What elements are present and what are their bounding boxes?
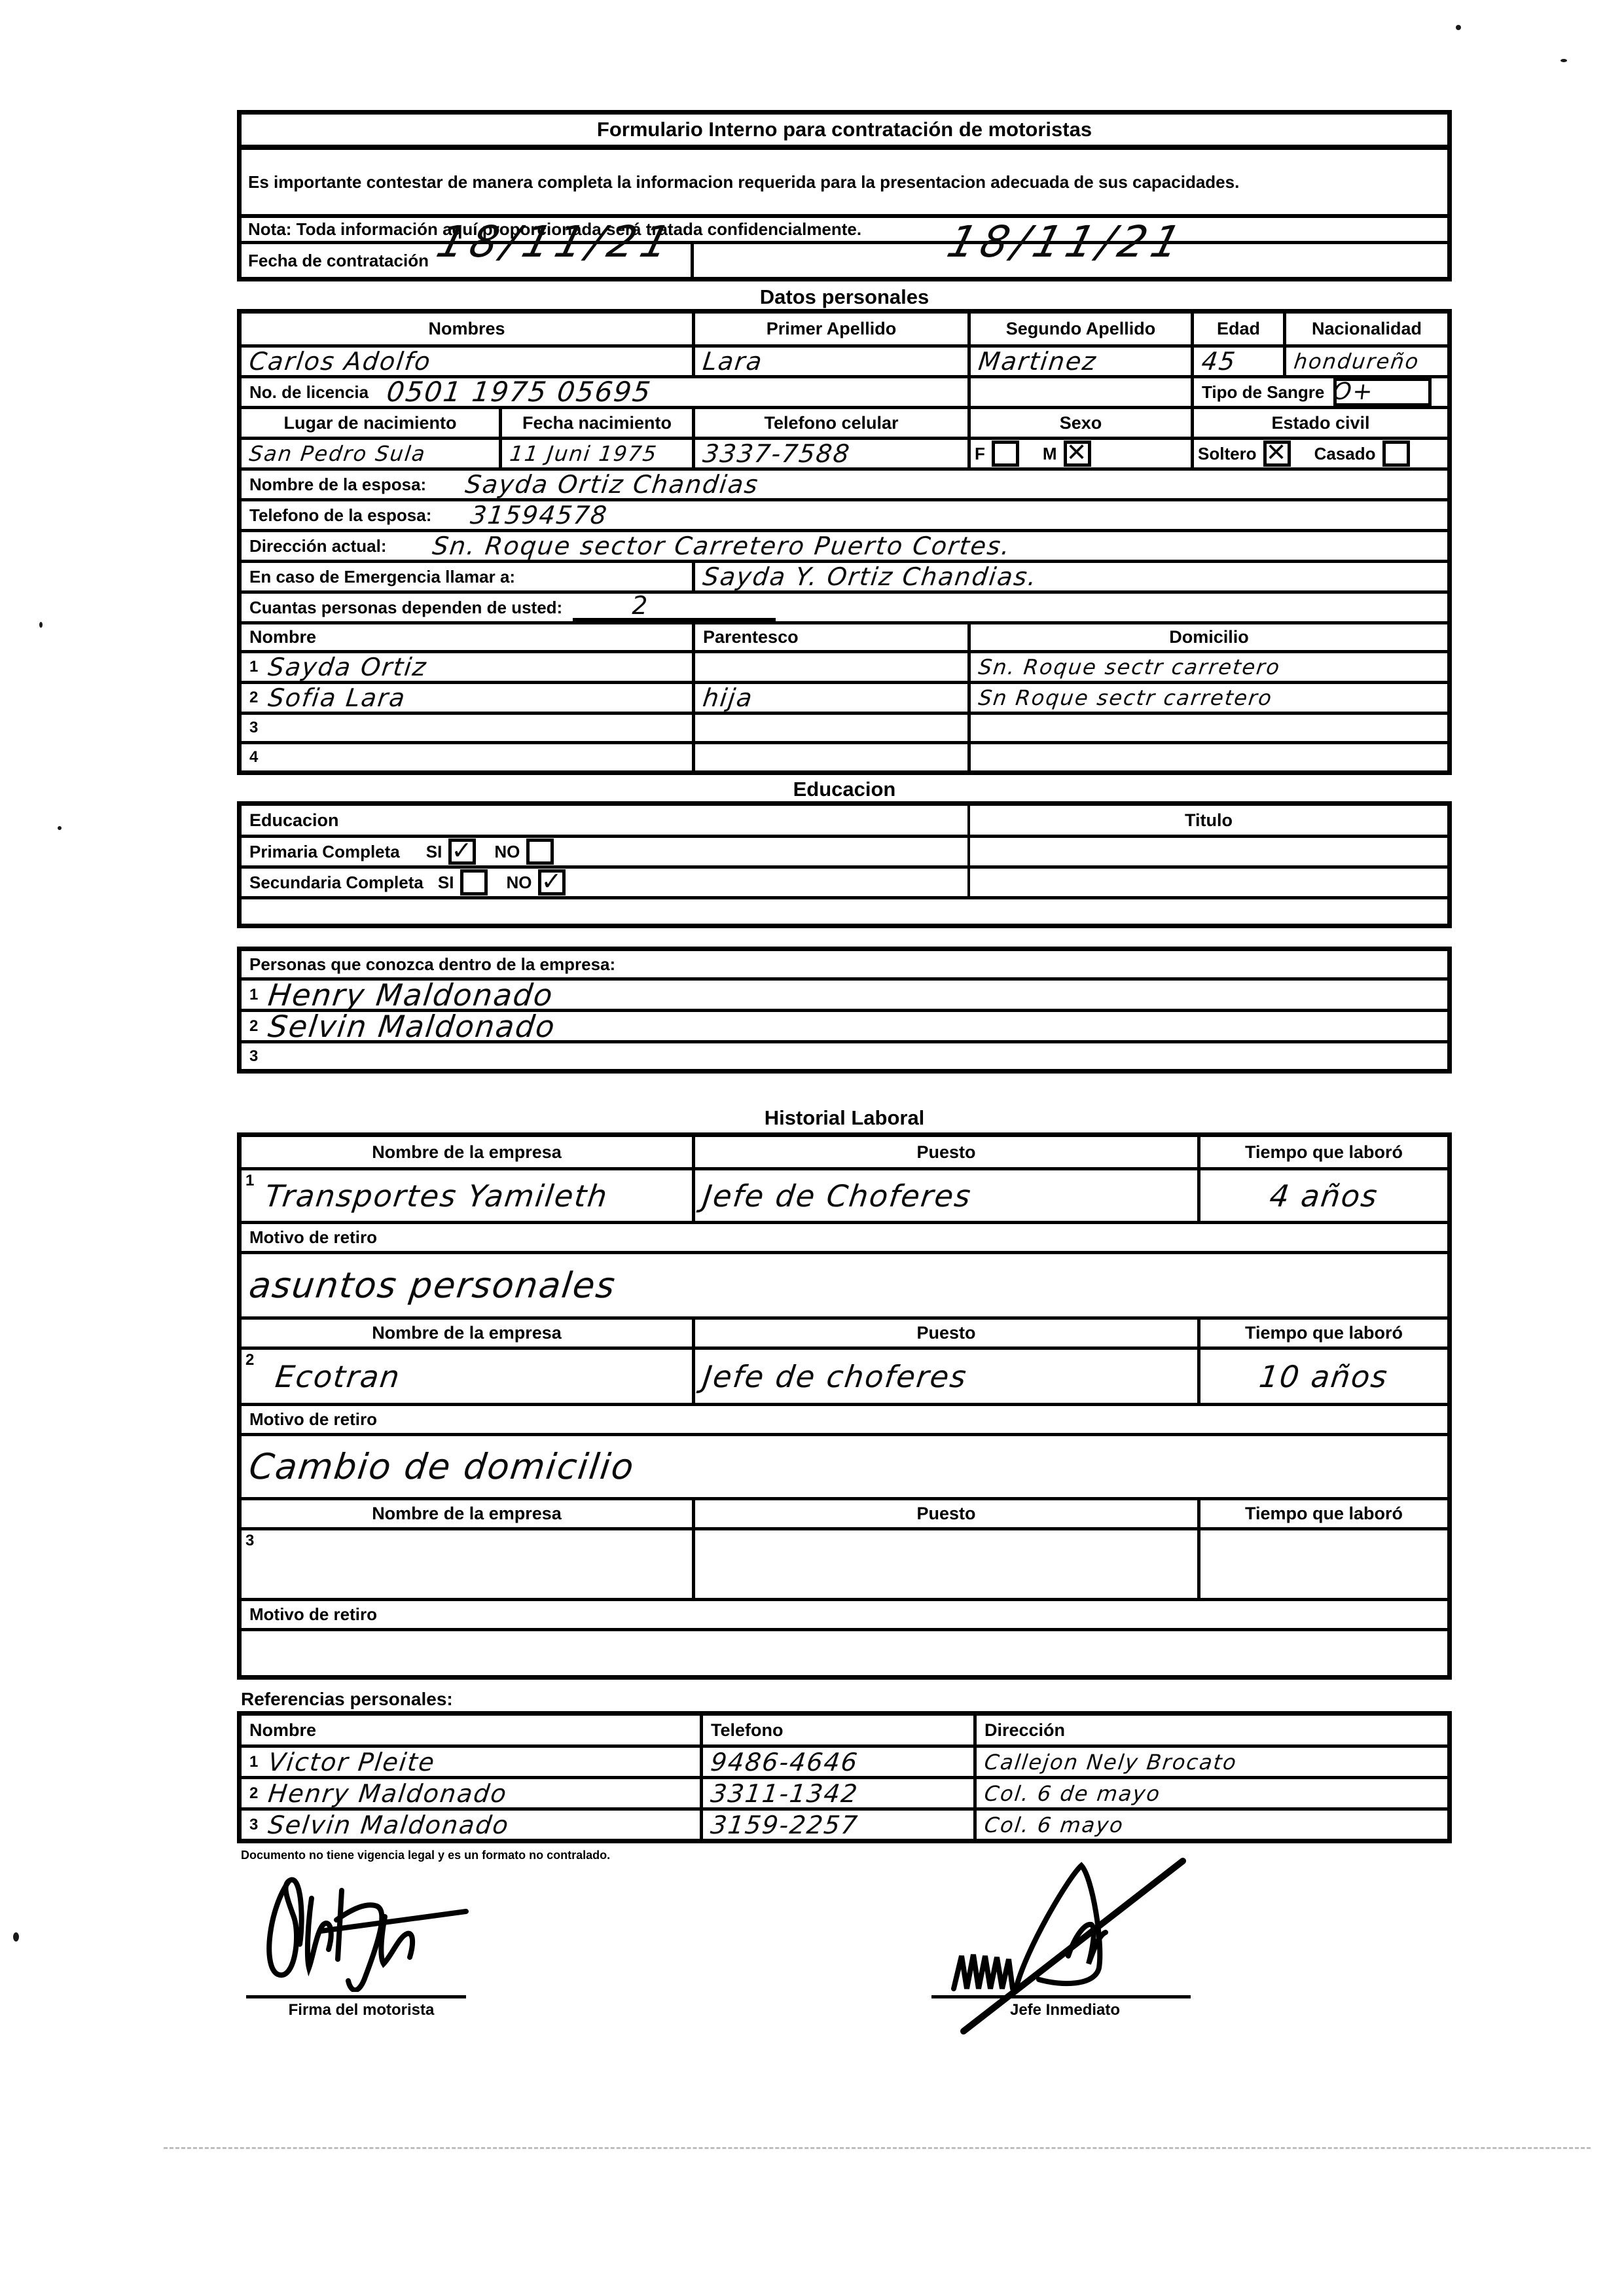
intro-text: Es importante contestar de manera comple… <box>242 150 1447 218</box>
dependiente-parentesco: hija <box>702 685 755 710</box>
col-tiempo: Tiempo que laboró <box>1197 1320 1447 1346</box>
dependiente-nombre: Sayda Ortiz <box>267 655 429 679</box>
esposa-label: Nombre de la esposa: <box>249 475 426 495</box>
col-puesto: Puesto <box>692 1500 1197 1527</box>
primaria-si-checkbox: ✓ <box>448 839 476 865</box>
casado-label: Casado <box>1314 444 1376 464</box>
direccion-actual-label: Dirección actual: <box>249 536 387 556</box>
sexo-cell: F M ✕ <box>967 440 1191 467</box>
col-empresa: Nombre de la empresa <box>242 1320 692 1346</box>
row-number: 1 <box>245 1172 254 1190</box>
secundaria-no-mark: ✓ <box>541 869 564 894</box>
row-number: 1 <box>249 658 258 676</box>
tiempo-value: 10 años <box>1257 1362 1390 1392</box>
dependiente-nombre: Sofia Lara <box>267 685 408 710</box>
nacionalidad-value: hondureño <box>1293 351 1420 372</box>
col-referencia-telefono: Telefono <box>700 1716 973 1744</box>
dependen-row: Cuantas personas dependen de usted: 2 <box>242 590 1447 621</box>
personas-empresa-box: Personas que conozca dentro de la empres… <box>237 947 1452 1074</box>
sexo-m-mark: ✕ <box>1066 440 1089 465</box>
educacion-table: Educacion Titulo Primaria Completa SI ✓ … <box>237 801 1452 928</box>
hiring-date-value-2: 18/11/21 <box>943 221 1190 264</box>
motivo-label-row: Motivo de retiro <box>242 1403 1447 1433</box>
motorista-signature-block: Firma del motorista <box>244 1858 479 2019</box>
sexo-f-label: F <box>975 444 985 464</box>
row-number: 2 <box>245 1351 254 1369</box>
header-box: Formulario Interno para contratación de … <box>237 110 1452 281</box>
col-referencia-nombre: Nombre <box>242 1716 700 1744</box>
motivo-label-row: Motivo de retiro <box>242 1221 1447 1251</box>
scan-artifact-dot <box>1561 59 1567 62</box>
datos-personales-table: Nombres Primer Apellido Segundo Apellido… <box>237 309 1452 775</box>
sexo-f-checkbox <box>992 441 1019 467</box>
motivo-retiro-label: Motivo de retiro <box>249 1604 377 1625</box>
col-nacionalidad: Nacionalidad <box>1283 314 1447 344</box>
divider <box>691 244 694 277</box>
nota-text: Nota: Toda información aquí proporcionad… <box>242 218 1447 244</box>
table-row: San Pedro Sula 11 Juni 1975 3337-7588 F … <box>242 437 1447 467</box>
primaria-no-label: NO <box>494 842 520 862</box>
table-header-row: Nombre de la empresa Puesto Tiempo que l… <box>242 1316 1447 1346</box>
row-number: 2 <box>249 1784 258 1803</box>
table-header-row: Nombre de la empresa Puesto Tiempo que l… <box>242 1137 1447 1167</box>
secundaria-no-label: NO <box>506 873 532 893</box>
referencia-telefono: 3159-2257 <box>710 1813 860 1837</box>
col-domicilio: Domicilio <box>967 624 1447 650</box>
referencia-nombre: Selvin Maldonado <box>267 1813 511 1837</box>
col-empresa: Nombre de la empresa <box>242 1500 692 1527</box>
jefe-signature-block: Jefe Inmediato <box>928 1858 1202 2019</box>
dependientes-header-row: Nombre Parentesco Domicilio <box>242 621 1447 650</box>
tipo-sangre-box: O+ <box>1333 378 1432 407</box>
historial-table: Nombre de la empresa Puesto Tiempo que l… <box>237 1132 1452 1680</box>
licencia-value: 0501 1975 05695 <box>385 378 653 406</box>
motivo-value: Cambio de domicilio <box>247 1449 637 1485</box>
motivo-value-row: asuntos personales <box>242 1251 1447 1316</box>
page-bottom-dashed-line <box>164 2147 1591 2149</box>
tiempo-value: 4 años <box>1268 1181 1380 1211</box>
row-number: 2 <box>249 1017 258 1036</box>
puesto-value: Jefe de choferes <box>701 1362 969 1392</box>
licencia-label: No. de licencia <box>249 382 369 403</box>
referencia-row: 2Henry Maldonado 3311-1342 Col. 6 de may… <box>242 1776 1447 1807</box>
secundaria-row: Secundaria Completa SI NO ✓ <box>242 865 1447 896</box>
col-dependiente-nombre: Nombre <box>242 624 692 650</box>
col-titulo: Titulo <box>967 806 1447 835</box>
referencias-label: Referencias personales: <box>241 1689 1452 1711</box>
persona-row: 2Selvin Maldonado <box>242 1009 1447 1040</box>
fecha-nacimiento-value: 11 Juni 1975 <box>509 443 659 464</box>
soltero-mark: ✕ <box>1266 440 1288 465</box>
referencia-direccion: Col. 6 mayo <box>983 1815 1125 1835</box>
edad-value: 45 <box>1200 349 1238 374</box>
row-number: 2 <box>249 689 258 707</box>
form-title: Formulario Interno para contratación de … <box>242 115 1447 150</box>
dependiente-row: 2Sofia Lara hija Sn Roque sectr carreter… <box>242 681 1447 712</box>
persona-nombre: Henry Maldonado <box>267 980 556 1010</box>
row-number: 3 <box>249 1816 258 1834</box>
secundaria-label: Secundaria Completa <box>249 873 424 893</box>
scan-artifact-dot <box>58 826 62 830</box>
referencia-telefono: 9486-4646 <box>710 1750 860 1775</box>
jefe-signature-image <box>928 1858 1202 1992</box>
referencia-row: 1Victor Pleite 9486-4646 Callejon Nely B… <box>242 1744 1447 1776</box>
direccion-actual-value: Sn. Roque sector Carretero Puerto Cortes… <box>431 533 1012 558</box>
referencia-row: 3Selvin Maldonado 3159-2257 Col. 6 mayo <box>242 1807 1447 1839</box>
hiring-date-label: Fecha de contratación <box>248 251 429 271</box>
persona-nombre: Selvin Maldonado <box>267 1011 558 1041</box>
scan-artifact-dot <box>1456 25 1461 30</box>
col-lugar-nacimiento: Lugar de nacimiento <box>242 409 499 437</box>
referencia-direccion: Col. 6 de mayo <box>983 1783 1162 1804</box>
empty-row <box>242 896 1447 924</box>
historial-row: 1Transportes Yamileth Jefe de Choferes 4… <box>242 1167 1447 1221</box>
signatures-area: Firma del motorista Jefe Inmediato <box>237 1858 1452 2067</box>
col-empresa: Nombre de la empresa <box>242 1137 692 1167</box>
col-parentesco: Parentesco <box>692 624 967 650</box>
personas-empresa-label: Personas que conozca dentro de la empres… <box>249 954 615 975</box>
persona-row: 3 <box>242 1040 1447 1069</box>
col-puesto: Puesto <box>692 1320 1197 1346</box>
section-title-datos-personales: Datos personales <box>237 285 1452 309</box>
esposa-value: Sayda Ortiz Chandias <box>464 472 761 497</box>
row-number: 1 <box>249 986 258 1004</box>
persona-row: 1Henry Maldonado <box>242 977 1447 1009</box>
motivo-label-row: Motivo de retiro <box>242 1598 1447 1628</box>
emergencia-label: En caso de Emergencia llamar a: <box>249 567 515 587</box>
row-number: 3 <box>249 1047 258 1066</box>
licencia-row: No. de licencia 0501 1975 05695 Tipo de … <box>242 375 1447 406</box>
scan-artifact-dot <box>13 1932 19 1942</box>
motivo-value: asuntos personales <box>247 1268 618 1303</box>
dependiente-row: 4 <box>242 741 1447 770</box>
telefono-celular-value: 3337-7588 <box>702 441 852 466</box>
referencia-nombre: Henry Maldonado <box>267 1781 509 1806</box>
historial-row: 3 <box>242 1527 1447 1598</box>
jefe-signature-line <box>931 1995 1191 1998</box>
motivo-value-row: Cambio de domicilio <box>242 1433 1447 1497</box>
table-header-row: Nombre de la empresa Puesto Tiempo que l… <box>242 1497 1447 1527</box>
section-title-historial: Historial Laboral <box>237 1106 1452 1132</box>
referencia-telefono: 3311-1342 <box>710 1781 860 1806</box>
telefono-esposa-label: Telefono de la esposa: <box>249 505 431 526</box>
col-referencia-direccion: Dirección <box>973 1716 1447 1744</box>
secundaria-no-checkbox: ✓ <box>538 869 566 895</box>
hiring-date-value-1: 18/11/21 <box>433 221 679 264</box>
dependiente-row: 1Sayda Ortiz Sn. Roque sectr carretero <box>242 650 1447 681</box>
telefono-esposa-value: 31594578 <box>469 503 609 528</box>
primer-apellido-value: Lara <box>702 349 765 374</box>
historial-row: 2Ecotran Jefe de choferes 10 años <box>242 1346 1447 1403</box>
col-primer-apellido: Primer Apellido <box>692 314 967 344</box>
puesto-value: Jefe de Choferes <box>701 1181 973 1211</box>
col-educacion: Educacion <box>242 806 967 835</box>
col-telefono-celular: Telefono celular <box>692 409 967 437</box>
telefono-esposa-row: Telefono de la esposa: 31594578 <box>242 498 1447 529</box>
soltero-label: Soltero <box>1198 444 1257 464</box>
hiring-date-row: Fecha de contratación 18/11/21 18/11/21 <box>242 244 1447 277</box>
titulo-cell <box>967 869 1447 896</box>
emergencia-row: En caso de Emergencia llamar a: Sayda Y.… <box>242 560 1447 590</box>
primaria-label: Primaria Completa <box>249 842 400 862</box>
col-sexo: Sexo <box>967 409 1191 437</box>
motorista-signature-line <box>246 1995 466 1998</box>
primaria-si-mark: ✓ <box>451 838 473 863</box>
row-number: 4 <box>249 748 258 767</box>
table-row: Carlos Adolfo Lara Martinez 45 hondureño <box>242 344 1447 375</box>
dependiente-domicilio: Sn. Roque sectr carretero <box>977 657 1282 678</box>
estado-civil-cell: Soltero ✕ Casado <box>1191 440 1447 467</box>
motivo-retiro-label: Motivo de retiro <box>249 1409 377 1430</box>
motorista-signature-image <box>244 1858 479 1992</box>
tipo-sangre-label: Tipo de Sangre <box>1202 382 1324 403</box>
col-tiempo: Tiempo que laboró <box>1197 1500 1447 1527</box>
segundo-apellido-value: Martinez <box>977 349 1098 374</box>
dependen-value: 2 <box>632 591 649 620</box>
table-header-row: Nombres Primer Apellido Segundo Apellido… <box>242 314 1447 344</box>
col-nombres: Nombres <box>242 314 692 344</box>
lugar-nacimiento-value: San Pedro Sula <box>248 443 427 464</box>
soltero-checkbox: ✕ <box>1263 441 1291 467</box>
row-number: 1 <box>249 1753 258 1771</box>
col-fecha-nacimiento: Fecha nacimiento <box>499 409 692 437</box>
table-header-row: Nombre Telefono Dirección <box>242 1716 1447 1744</box>
referencia-direccion: Callejon Nely Brocato <box>983 1752 1238 1773</box>
primaria-row: Primaria Completa SI ✓ NO <box>242 835 1447 865</box>
motorista-signature-label: Firma del motorista <box>244 2001 479 2019</box>
col-puesto: Puesto <box>692 1137 1197 1167</box>
sexo-m-checkbox: ✕ <box>1064 441 1091 467</box>
motivo-retiro-label: Motivo de retiro <box>249 1227 377 1248</box>
dependen-label: Cuantas personas dependen de usted: <box>249 598 562 618</box>
row-number: 3 <box>249 719 258 737</box>
referencias-table: Nombre Telefono Dirección 1Victor Pleite… <box>237 1711 1452 1843</box>
casado-checkbox <box>1382 441 1410 467</box>
motivo-value-row <box>242 1628 1447 1675</box>
titulo-cell <box>967 838 1447 865</box>
form-body: Formulario Interno para contratación de … <box>237 110 1452 1862</box>
esposa-row: Nombre de la esposa: Sayda Ortiz Chandia… <box>242 467 1447 498</box>
secundaria-si-label: SI <box>438 873 454 893</box>
empresa-value: Ecotran <box>274 1362 402 1392</box>
personas-label-row: Personas que conozca dentro de la empres… <box>242 951 1447 977</box>
empty-cell <box>967 378 1191 406</box>
referencia-nombre: Victor Pleite <box>267 1750 437 1775</box>
col-estado-civil: Estado civil <box>1191 409 1447 437</box>
nombres-value: Carlos Adolfo <box>248 349 433 374</box>
table-header-row: Educacion Titulo <box>242 806 1447 835</box>
section-title-educacion: Educacion <box>237 778 1452 801</box>
dependen-underline: 2 <box>573 593 776 623</box>
col-edad: Edad <box>1191 314 1283 344</box>
tipo-sangre-value: O+ <box>1331 380 1375 404</box>
col-tiempo: Tiempo que laboró <box>1197 1137 1447 1167</box>
sexo-m-label: M <box>1043 444 1057 464</box>
dependiente-row: 3 <box>242 712 1447 741</box>
scan-artifact-dot <box>39 622 43 628</box>
empresa-value: Transportes Yamileth <box>263 1181 610 1211</box>
secundaria-si-checkbox <box>460 869 488 895</box>
row-number: 3 <box>245 1532 254 1550</box>
col-segundo-apellido: Segundo Apellido <box>967 314 1191 344</box>
primaria-si-label: SI <box>426 842 442 862</box>
jefe-signature-label: Jefe Inmediato <box>928 2001 1202 2019</box>
emergencia-value: Sayda Y. Ortiz Chandias. <box>702 564 1039 589</box>
scanned-form-page: Formulario Interno para contratación de … <box>0 0 1624 2295</box>
direccion-actual-row: Dirección actual: Sn. Roque sector Carre… <box>242 529 1447 560</box>
primaria-no-checkbox <box>526 839 554 865</box>
table-header-row: Lugar de nacimiento Fecha nacimiento Tel… <box>242 406 1447 437</box>
dependiente-domicilio: Sn Roque sectr carretero <box>977 687 1274 708</box>
